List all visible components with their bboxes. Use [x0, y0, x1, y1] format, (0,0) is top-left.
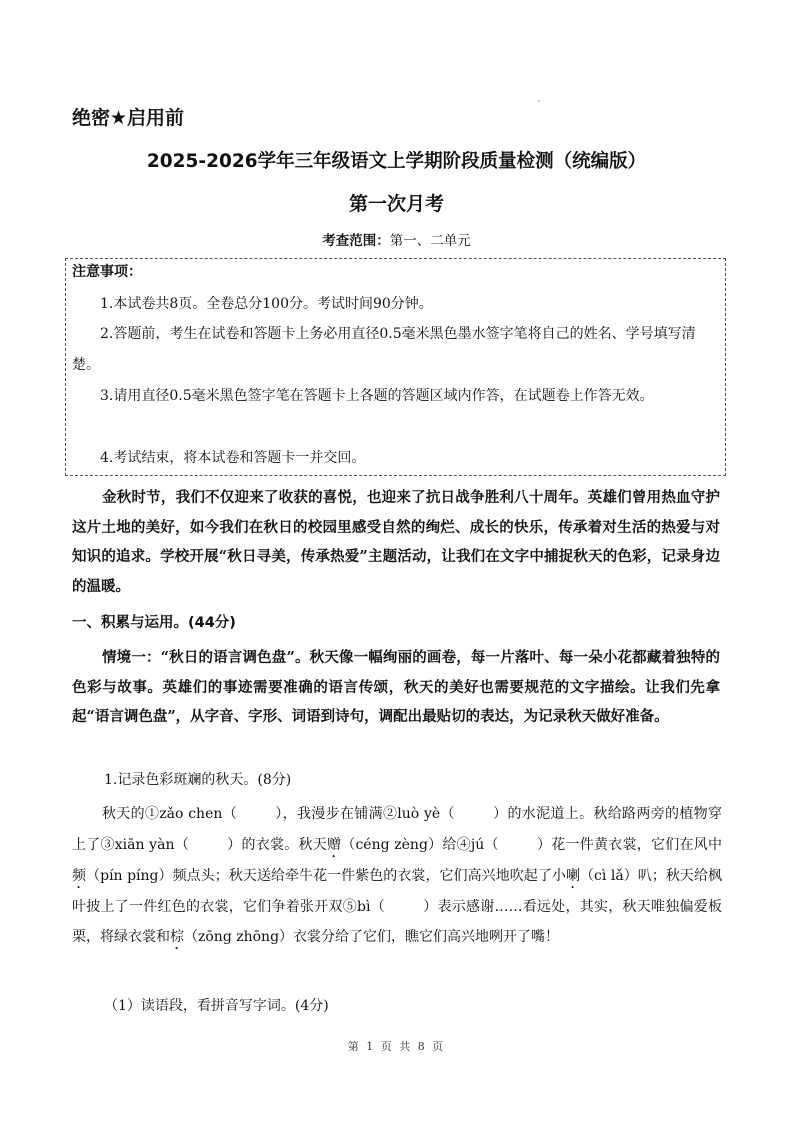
page-indicator: 第 1 页 共 8 页 — [0, 1038, 793, 1054]
section-heading: 一、积累与运用。(44分) — [72, 611, 236, 632]
exam-subtitle: 第一次月考 — [0, 189, 793, 216]
notice-heading: 注意事项： — [72, 262, 142, 283]
question-1-sub-1: （1）读语段，看拼音写字词。(4分) — [104, 995, 329, 1015]
notice-item: 4.考试结束，将本试卷和答题卡一并交回。 — [72, 443, 719, 474]
dotted-char: 频 — [72, 868, 86, 884]
notice-item: 3.请用直径0.5毫米黑色签字笔在答题卡上各题的答题区域内作答，在试题卷上作答无… — [72, 381, 719, 412]
question-1-passage: 秋天的①zǎo chen（），我漫步在铺满②luò yè（）的水泥道上。秋给路两… — [72, 799, 722, 953]
secret-mark: 绝密★启用前 — [72, 103, 184, 130]
dotted-char: 棕 — [170, 929, 184, 945]
dotted-char: 喇 — [566, 868, 580, 884]
dotted-char: 赠 — [327, 837, 341, 853]
exam-scope: 考查范围：第一、二单元 — [0, 229, 793, 249]
scope-value: 第一、二单元 — [390, 233, 471, 249]
intro-paragraph: 金秋时节，我们不仅迎来了收获的喜悦，也迎来了抗日战争胜利八十周年。英雄们曾用热血… — [72, 483, 720, 601]
question-1-title: 1.记录色彩斑斓的秋天。(8分) — [104, 769, 291, 789]
context-paragraph: 情境一：“秋日的语言调色盘”。秋天像一幅绚丽的画卷，每一片落叶、每一朵小花都藏着… — [72, 643, 720, 732]
scan-speck — [538, 100, 540, 102]
exam-page: 绝密★启用前 2025-2026学年三年级语文上学期阶段质量检测（统编版） 第一… — [0, 0, 793, 1122]
notice-item: 2.答题前，考生在试卷和答题卡上务必用直径0.5毫米黑色墨水签字笔将自己的姓名、… — [72, 319, 719, 381]
exam-title: 2025-2026学年三年级语文上学期阶段质量检测（统编版） — [0, 147, 793, 173]
notice-box: 注意事项： 1.本试卷共8页。全卷总分100分。考试时间90分钟。 2.答题前，… — [65, 258, 726, 476]
scope-label: 考查范围： — [322, 233, 390, 249]
notice-item: 1.本试卷共8页。全卷总分100分。考试时间90分钟。 — [72, 289, 719, 320]
